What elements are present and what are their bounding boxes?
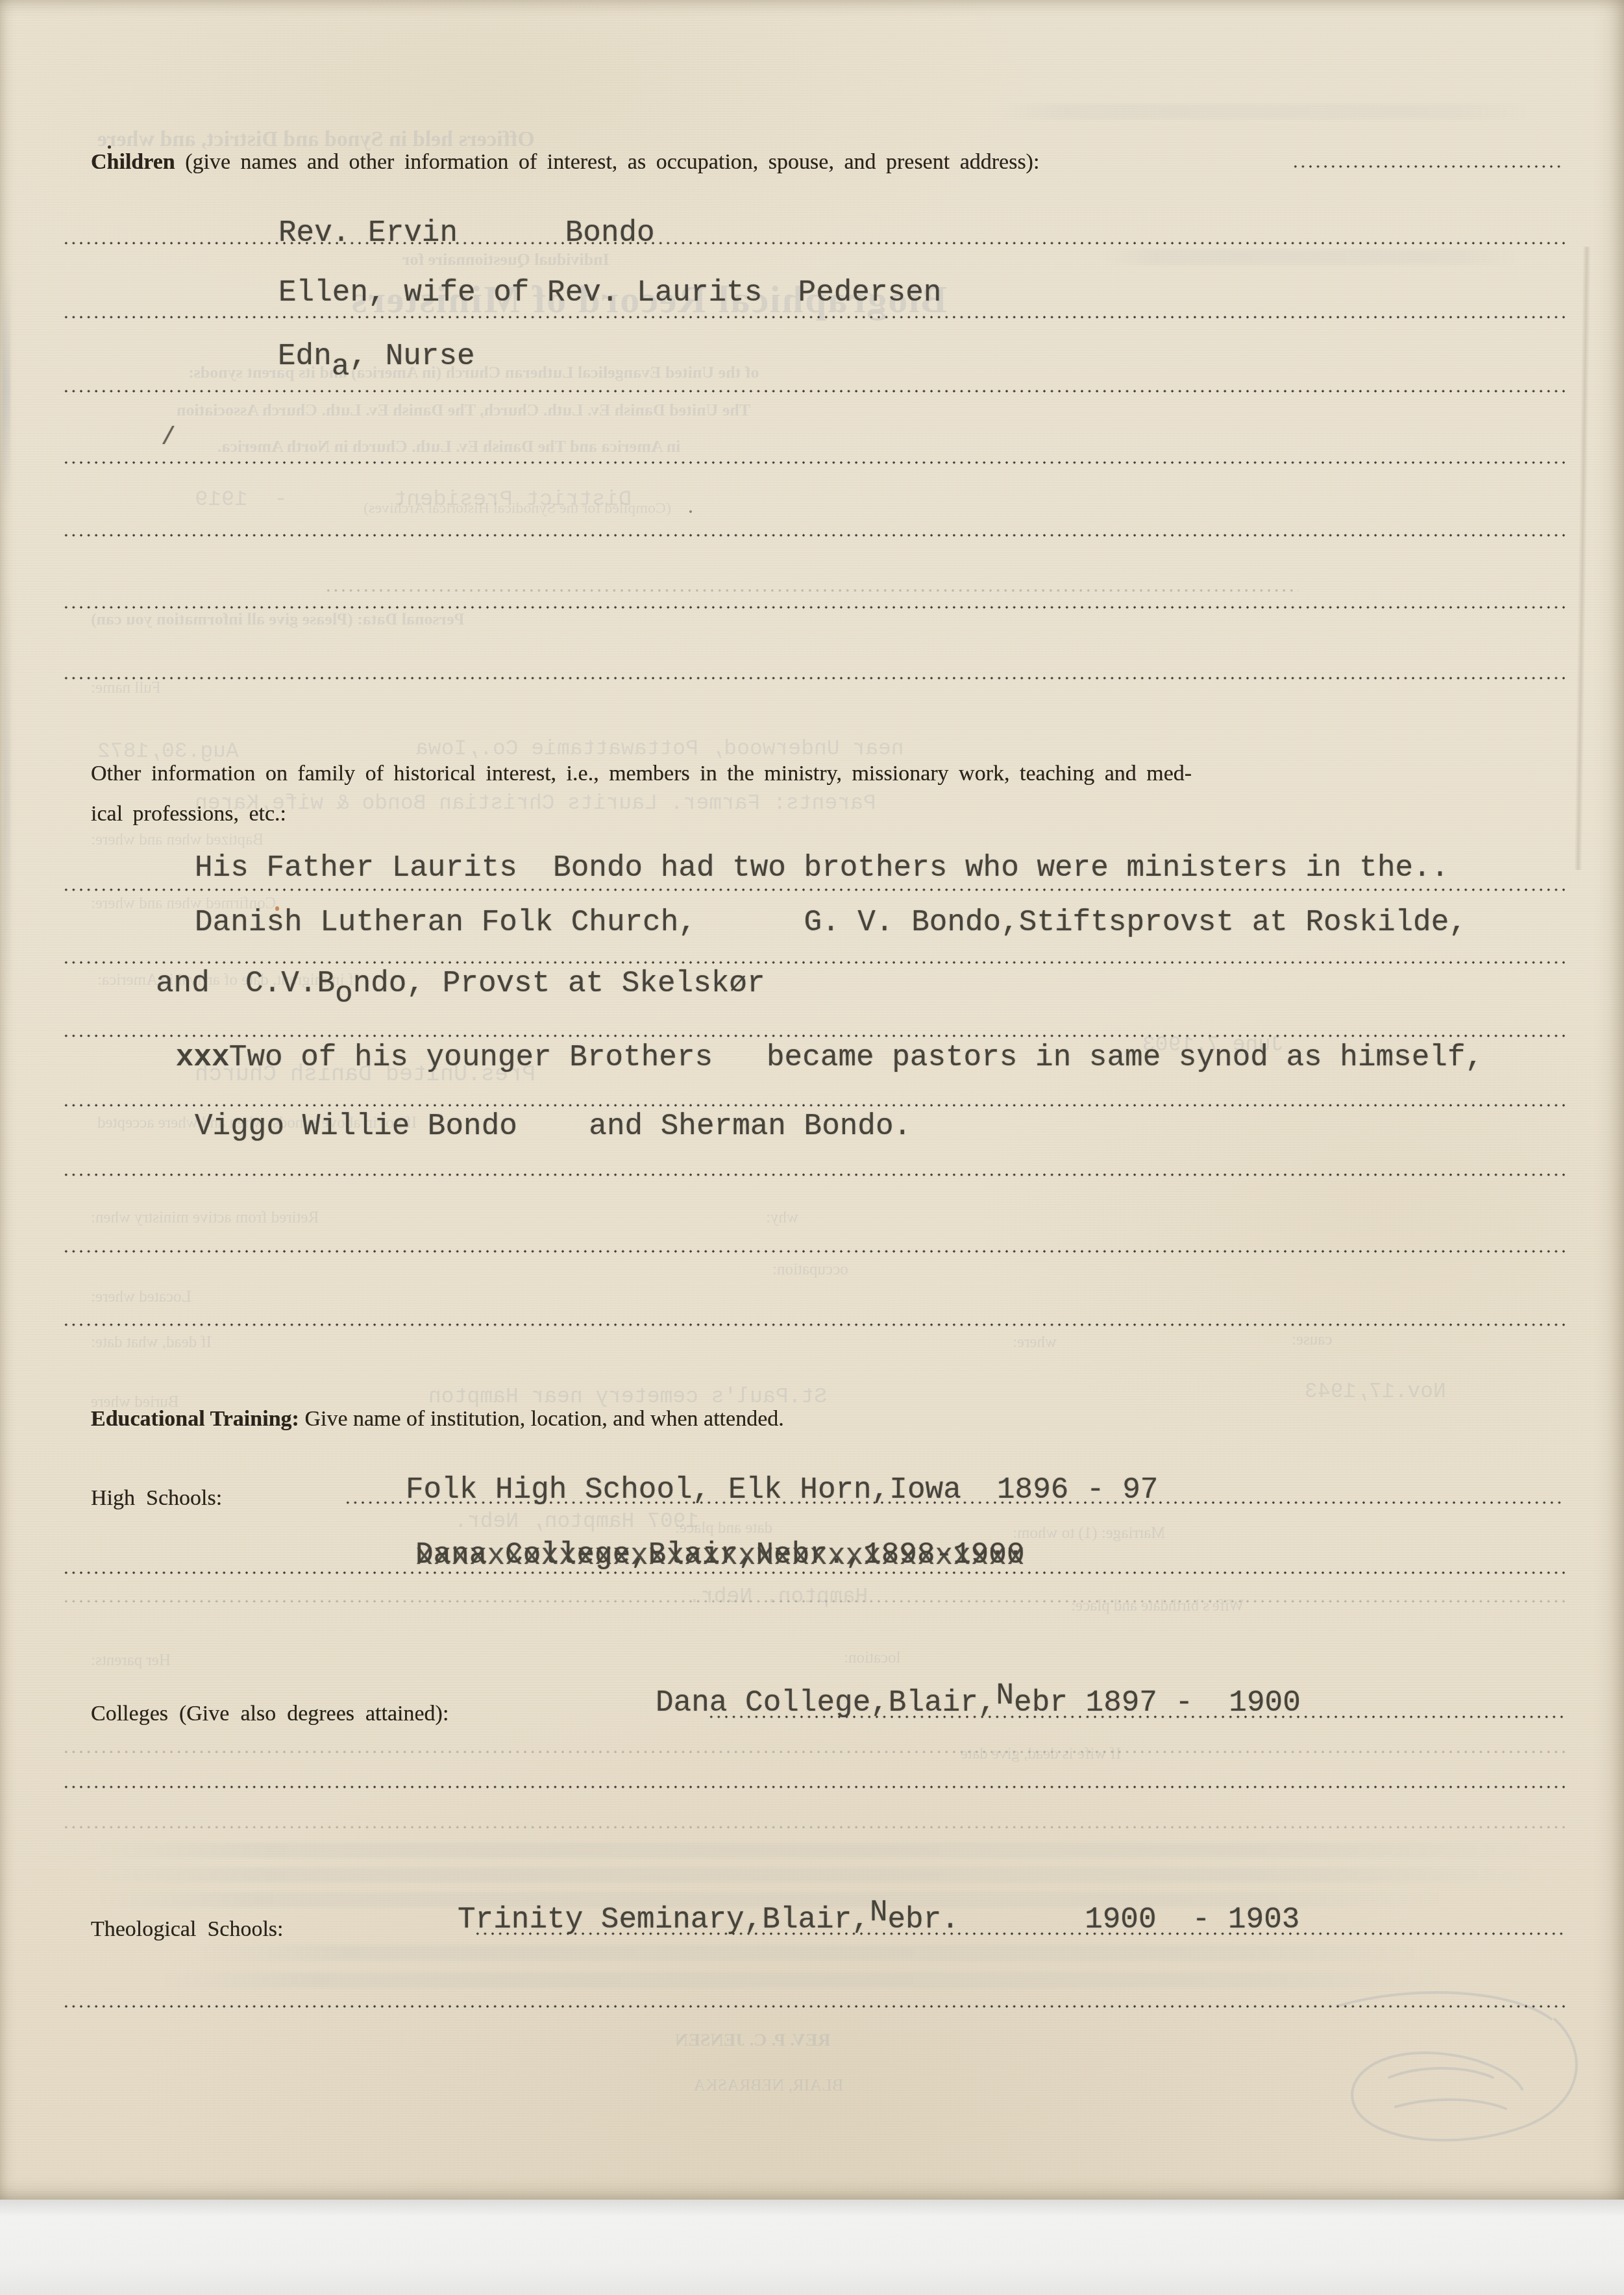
child-entry-3-pre: Edn [278,340,332,373]
child-entry-3: Edna, Nurse [278,341,475,371]
left-edge-mark [3,273,10,506]
other-info-entry-4-rest: Two of his younger Brothers became pasto… [229,1041,1483,1074]
left-edge-mark [4,584,10,1013]
bleedthrough-dotted-line [62,1749,1566,1755]
bleedthrough-text: Aug.30,1872 [97,740,239,763]
bleedthrough-smudge [1103,249,1519,265]
dotted-line [62,1322,1566,1328]
bleedthrough-smudge [1000,104,1532,119]
theological-schools-label: Theological Schools: [91,1917,284,1943]
dotted-line [62,1248,1566,1254]
bleedthrough-text: (Compiled for the Synodical Historical A… [363,500,671,517]
child-entry-2: Ellen, wife of Rev. Laurits Pedersen [278,278,941,308]
other-info-entry-3-post: ndo, Provst at Skelskør [353,967,765,1000]
theological-value-raised-letter: N [870,1898,888,1928]
bleedthrough-text: If dead, what date: [91,1334,212,1352]
bleedthrough-text: location: [844,1649,900,1667]
dotted-line [62,1784,1566,1790]
child-entry-3-post: , Nurse [349,340,474,373]
children-section-heading: Children (give names and other informati… [91,149,1050,176]
other-info-heading-line1: Other information on family of historica… [91,761,1192,788]
bleedthrough-text: Baptized when and where: [91,831,264,849]
colleges-value: Dana College,Blair,Nebr 1897 - 1900 [656,1688,1301,1718]
dotted-line [62,1033,1566,1039]
bleedthrough-text: cause: [1292,1331,1332,1349]
other-info-entry-1: His Father Laurits Bondo had two brother… [195,853,1449,883]
ink-speck [689,510,692,513]
dotted-line [62,314,1566,320]
bleedthrough-text: The United Danish Ev. Luth. Church, The … [177,401,750,420]
education-heading-rest: Give name of institution, location, and … [299,1407,784,1431]
bleedthrough-text: Her parents: [91,1652,171,1670]
ink-speck [108,145,111,149]
bleedthrough-text: Located where: [91,1288,191,1306]
children-label: Children [91,150,175,174]
theological-value-post: ebr. 1900 - 1903 [888,1903,1300,1937]
bleedthrough-smudge [156,1972,1454,1988]
scanned-document: Officers held in Synod and District, and… [0,0,1624,2295]
dotted-line [62,887,1566,893]
dotted-line [62,1172,1566,1178]
bleedthrough-text: in America and The Danish Ev. Luth. Chur… [217,438,680,456]
bleedthrough-text: BLAIR, NEBRASKA [693,2076,843,2095]
bleedthrough-dotted-line [62,1824,1566,1830]
dotted-line [62,1102,1566,1108]
dotted-line [62,532,1566,538]
dotted-line [62,1570,1566,1576]
overstrike-xxx: xxx [175,1041,229,1074]
theological-schools-value: Trinity Seminary,Blair,Nebr. 1900 - 1903 [458,1905,1299,1935]
bleedthrough-text: Retired from active ministry when: [91,1209,319,1227]
other-info-entry-2: Danish Lutheran Folk Church, G. V. Bondo… [195,908,1467,937]
other-info-entry-5: Viggo Willie Bondo and Sherman Bondo. [195,1111,911,1141]
high-schools-value: Folk High School, Elk Horn,Iowa 1896 - 9… [406,1475,1158,1505]
bleedthrough-text: Individual Questionnaire for [402,251,609,269]
scanner-background [0,2200,1624,2295]
dotted-line [62,388,1566,394]
bleedthrough-text: where: [1013,1334,1057,1352]
bleedthrough-text: Nov.17,1943 [1305,1380,1446,1404]
bleedthrough-smudge [91,1842,1545,1858]
leader-dots [1292,164,1564,169]
bleedthrough-text: Officers held in Synod and District, and… [97,127,535,151]
other-info-entry-3-dropped-letter: o [335,979,353,1009]
bleedthrough-text: Full name: [91,679,161,697]
theological-value-pre: Trinity Seminary,Blair, [458,1903,870,1937]
dotted-line [62,2003,1566,2009]
high-schools-crossed-out-value: Dana College,Blair,Nebr.,1898-1900xxxxxx… [415,1540,1025,1570]
other-info-entry-3: and C.V.Bondo, Provst at Skelskør [156,969,765,999]
child-entry-3-dropped-letter: a [332,352,350,382]
bleedthrough-text: St.Paul's cemetery near Hampton [428,1385,827,1409]
education-heading-bold: Educational Training: [91,1407,299,1431]
colleges-value-raised-letter: N [996,1681,1015,1711]
dotted-line [62,240,1566,246]
education-heading: Educational Training: Give name of insti… [91,1406,784,1433]
x-overstrike-overlay: xxxxxxxxxxxxxxxxxxxxxxxxxxxxxxxxxx [415,1541,1025,1571]
bleedthrough-text: why: [766,1209,798,1227]
children-label-rest: (give names and other information of int… [175,150,1050,174]
paper-page: Officers held in Synod and District, and… [0,0,1624,2200]
paper-crease [1574,247,1590,870]
dotted-line [62,960,1566,965]
colleges-label: Colleges (Give also degrees attained): [91,1701,449,1728]
bleedthrough-handwriting [1298,1980,1610,2188]
bleedthrough-text: occupation: [772,1261,848,1279]
bleedthrough-text: Hampton. Nebr. [688,1585,868,1609]
bleedthrough-smudge [195,1945,1428,1961]
bleedthrough-text: Parents: Farmer. Laurits Christian Bondo… [195,792,876,815]
other-info-entry-3-pre: and C.V.B [156,967,335,1000]
high-schools-label: High Schools: [91,1485,222,1512]
other-info-entry-4: xxxTwo of his younger Brothers became pa… [175,1043,1483,1073]
bleedthrough-dotted-line [62,1598,1566,1604]
colleges-value-pre: Dana College,Blair, [656,1686,996,1720]
bleedthrough-dotted-line [325,588,1298,593]
colleges-value-post: ebr 1897 - 1900 [1014,1686,1301,1720]
dotted-line [62,460,1566,465]
bleedthrough-text: Marriage: (1) to whom: [1013,1524,1165,1543]
dotted-line [62,604,1566,610]
bleedthrough-smudge [91,1867,1545,1883]
other-info-heading-line2: ical professions, etc.: [91,801,286,828]
bleedthrough-text: REV. P. C. JENSEN [675,2031,831,2051]
stray-slash-mark: / [161,426,176,451]
bleedthrough-text: Personal Data: (Please give all informat… [91,610,465,629]
bleedthrough-text: 1907 Hampton, Nebr. [454,1510,698,1533]
dotted-line [62,675,1566,681]
bleedthrough-text: near Underwood, Pottawattamie Co.,Iowa [415,738,904,761]
